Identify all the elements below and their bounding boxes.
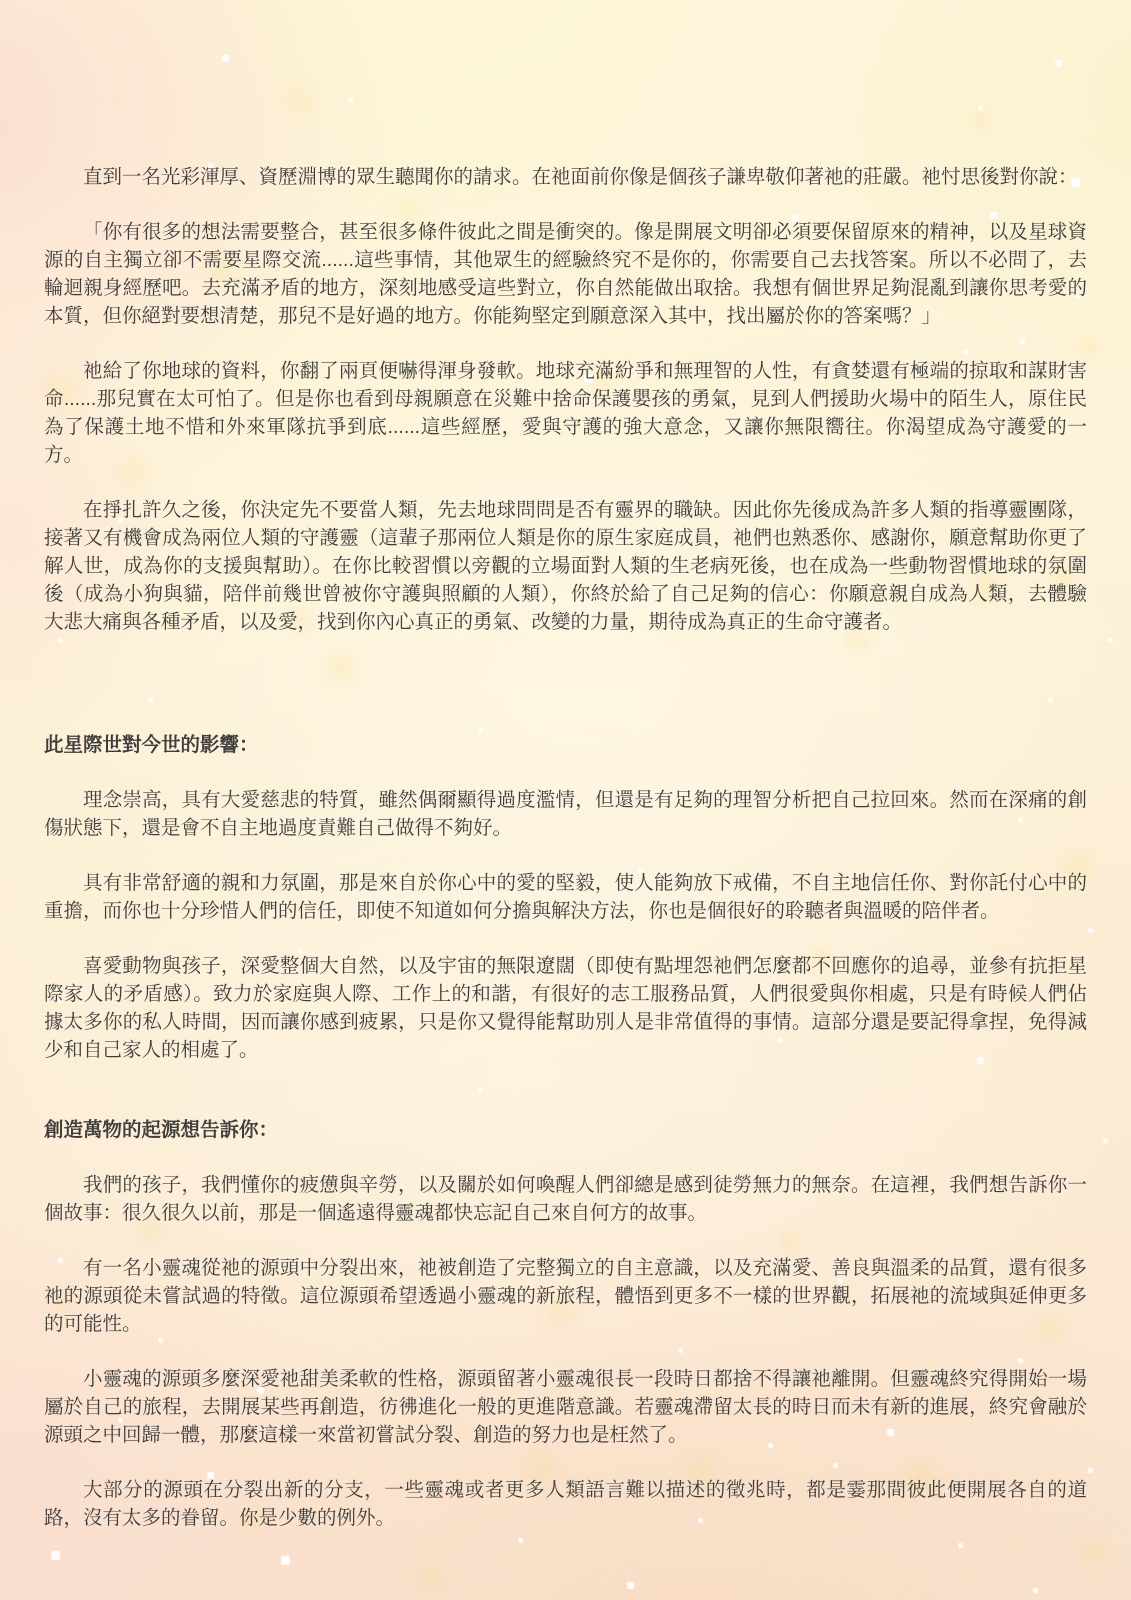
- paragraph-influence-1: 理念崇高，具有大愛慈悲的特質，雖然偶爾顯得過度濫情，但還是有足夠的理智分析把自己…: [44, 786, 1087, 842]
- paragraph-influence-3: 喜愛動物與孩子，深愛整個大自然，以及宇宙的無限遼闊（即使有點埋怨祂們怎麼都不回應…: [44, 952, 1087, 1064]
- sparkle-decoration: [0, 0, 1, 1]
- paragraph-origin-3: 小靈魂的源頭多麼深愛祂甜美柔軟的性格，源頭留著小靈魂很長一段時日都捨不得讓祂離開…: [44, 1365, 1087, 1449]
- section-heading-origin: 創造萬物的起源想告訴你：: [44, 1116, 1087, 1144]
- paragraph-intro-4: 在掙扎許久之後，你決定先不要當人類，先去地球問問是否有靈界的職缺。因此你先後成為…: [44, 496, 1087, 636]
- paragraph-intro-1: 直到一名光彩渾厚、資歷淵博的眾生聽聞你的請求。在祂面前你像是個孩子謙卑敬仰著祂的…: [44, 163, 1087, 191]
- paragraph-intro-2-quote: 「你有很多的想法需要整合，甚至很多條件彼此之間是衝突的。像是開展文明卻必須要保留…: [44, 218, 1087, 330]
- paragraph-origin-2: 有一名小靈魂從祂的源頭中分裂出來，祂被創造了完整獨立的自主意識，以及充滿愛、善良…: [44, 1254, 1087, 1338]
- paragraph-intro-3: 祂給了你地球的資料，你翻了兩頁便嚇得渾身發軟。地球充滿紛爭和無理智的人性，有貪婪…: [44, 357, 1087, 469]
- paragraph-origin-1: 我們的孩子，我們懂你的疲憊與辛勞，以及關於如何喚醒人們卻總是感到徒勞無力的無奈。…: [44, 1171, 1087, 1227]
- paragraph-origin-4: 大部分的源頭在分裂出新的分支，一些靈魂或者更多人類語言難以描述的徵兆時，都是霎那…: [44, 1476, 1087, 1532]
- section-heading-influence: 此星際世對今世的影響：: [44, 731, 1087, 759]
- paragraph-influence-2: 具有非常舒適的親和力氛圍，那是來自於你心中的愛的堅毅，使人能夠放下戒備，不自主地…: [44, 869, 1087, 925]
- document-content: 直到一名光彩渾厚、資歷淵博的眾生聽聞你的請求。在祂面前你像是個孩子謙卑敬仰著祂的…: [44, 163, 1087, 1559]
